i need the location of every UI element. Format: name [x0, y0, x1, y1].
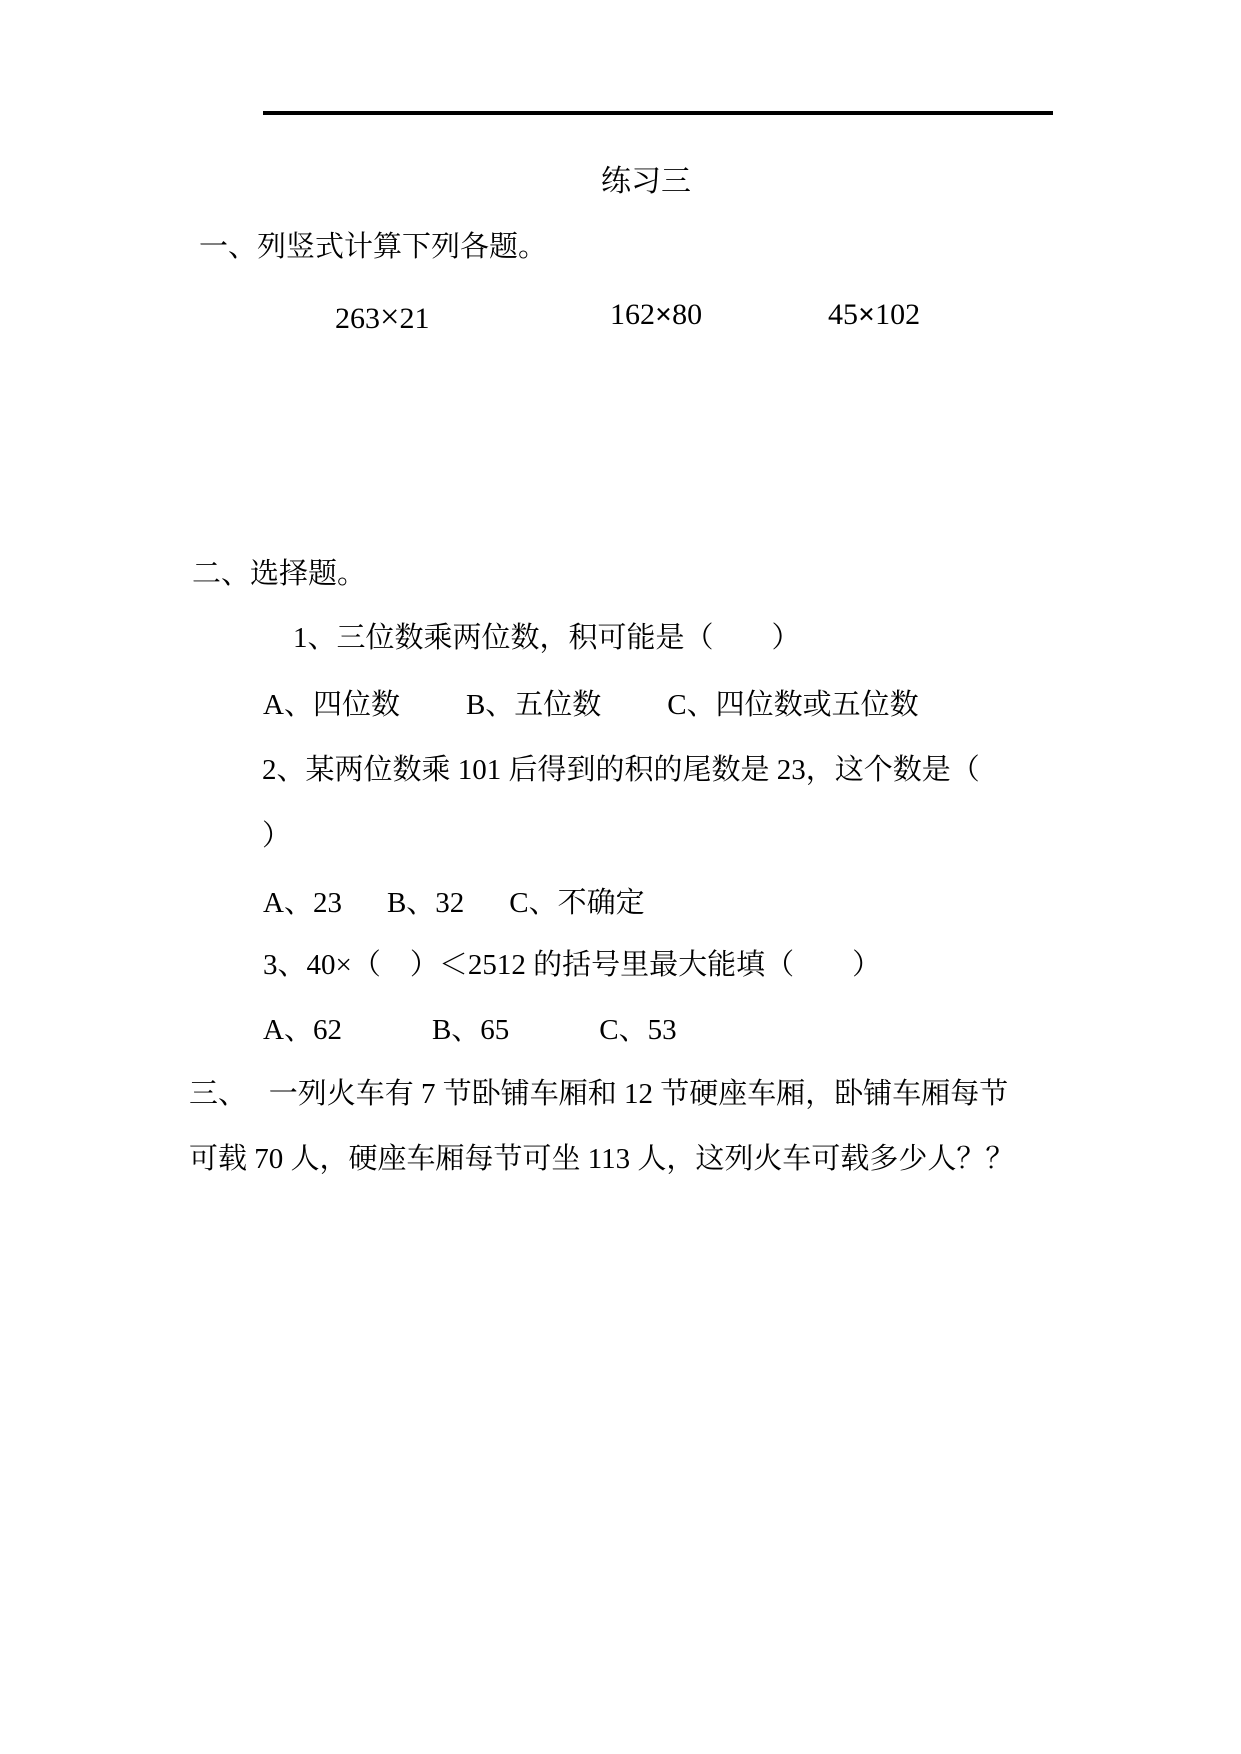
page-title: 练习三: [601, 164, 691, 200]
question-2-text-line2: ）: [262, 819, 291, 854]
multiplication-sign: ×: [380, 298, 399, 336]
option-b: B、五位数: [466, 688, 601, 723]
operand-a: 263: [335, 302, 380, 335]
question-3-options: A、62 B、65 C、53: [263, 1013, 677, 1048]
multiplication-sign: ×: [655, 298, 672, 331]
operand-b: 80: [672, 298, 702, 331]
operand-b: 21: [399, 302, 429, 335]
operand-b: 102: [875, 298, 920, 331]
header-rule: [263, 111, 1053, 115]
option-c: C、不确定: [509, 886, 644, 921]
question-2-options: A、23 B、32 C、不确定: [263, 886, 645, 921]
option-b: B、65: [432, 1013, 509, 1048]
operand-a: 45: [828, 298, 858, 331]
problem-expression-2: 162×80: [610, 297, 702, 333]
section3-text-line1: 三、 一列火车有 7 节卧铺车厢和 12 节硬座车厢，卧铺车厢每节: [189, 1077, 1008, 1112]
option-b: B、32: [387, 886, 464, 921]
problem-expression-1: 263×21: [335, 297, 429, 338]
worksheet-page: 练习三 一、列竖式计算下列各题。 263×21 162×80 45×102 二、…: [0, 0, 1241, 1754]
option-a: A、62: [263, 1013, 342, 1048]
option-a: A、四位数: [263, 688, 400, 723]
problem-expression-3: 45×102: [828, 297, 920, 333]
option-c: C、四位数或五位数: [667, 688, 918, 723]
question-1-options: A、四位数 B、五位数 C、四位数或五位数: [263, 688, 919, 723]
option-c: C、53: [599, 1013, 676, 1048]
section1-heading: 一、列竖式计算下列各题。: [199, 230, 547, 265]
section3-text-line2: 可载 70 人，硬座车厢每节可坐 113 人，这列火车可载多少人？？: [189, 1142, 1014, 1177]
operand-a: 162: [610, 298, 655, 331]
option-a: A、23: [263, 886, 342, 921]
question-1-text: 1、三位数乘两位数，积可能是（ ）: [293, 621, 801, 656]
multiplication-sign: ×: [858, 298, 875, 331]
question-2-text-line1: 2、某两位数乘 101 后得到的积的尾数是 23，这个数是（: [262, 753, 980, 788]
question-3-text: 3、40×（ ）＜2512 的括号里最大能填（ ）: [263, 948, 881, 983]
section2-heading: 二、选择题。: [192, 557, 366, 592]
